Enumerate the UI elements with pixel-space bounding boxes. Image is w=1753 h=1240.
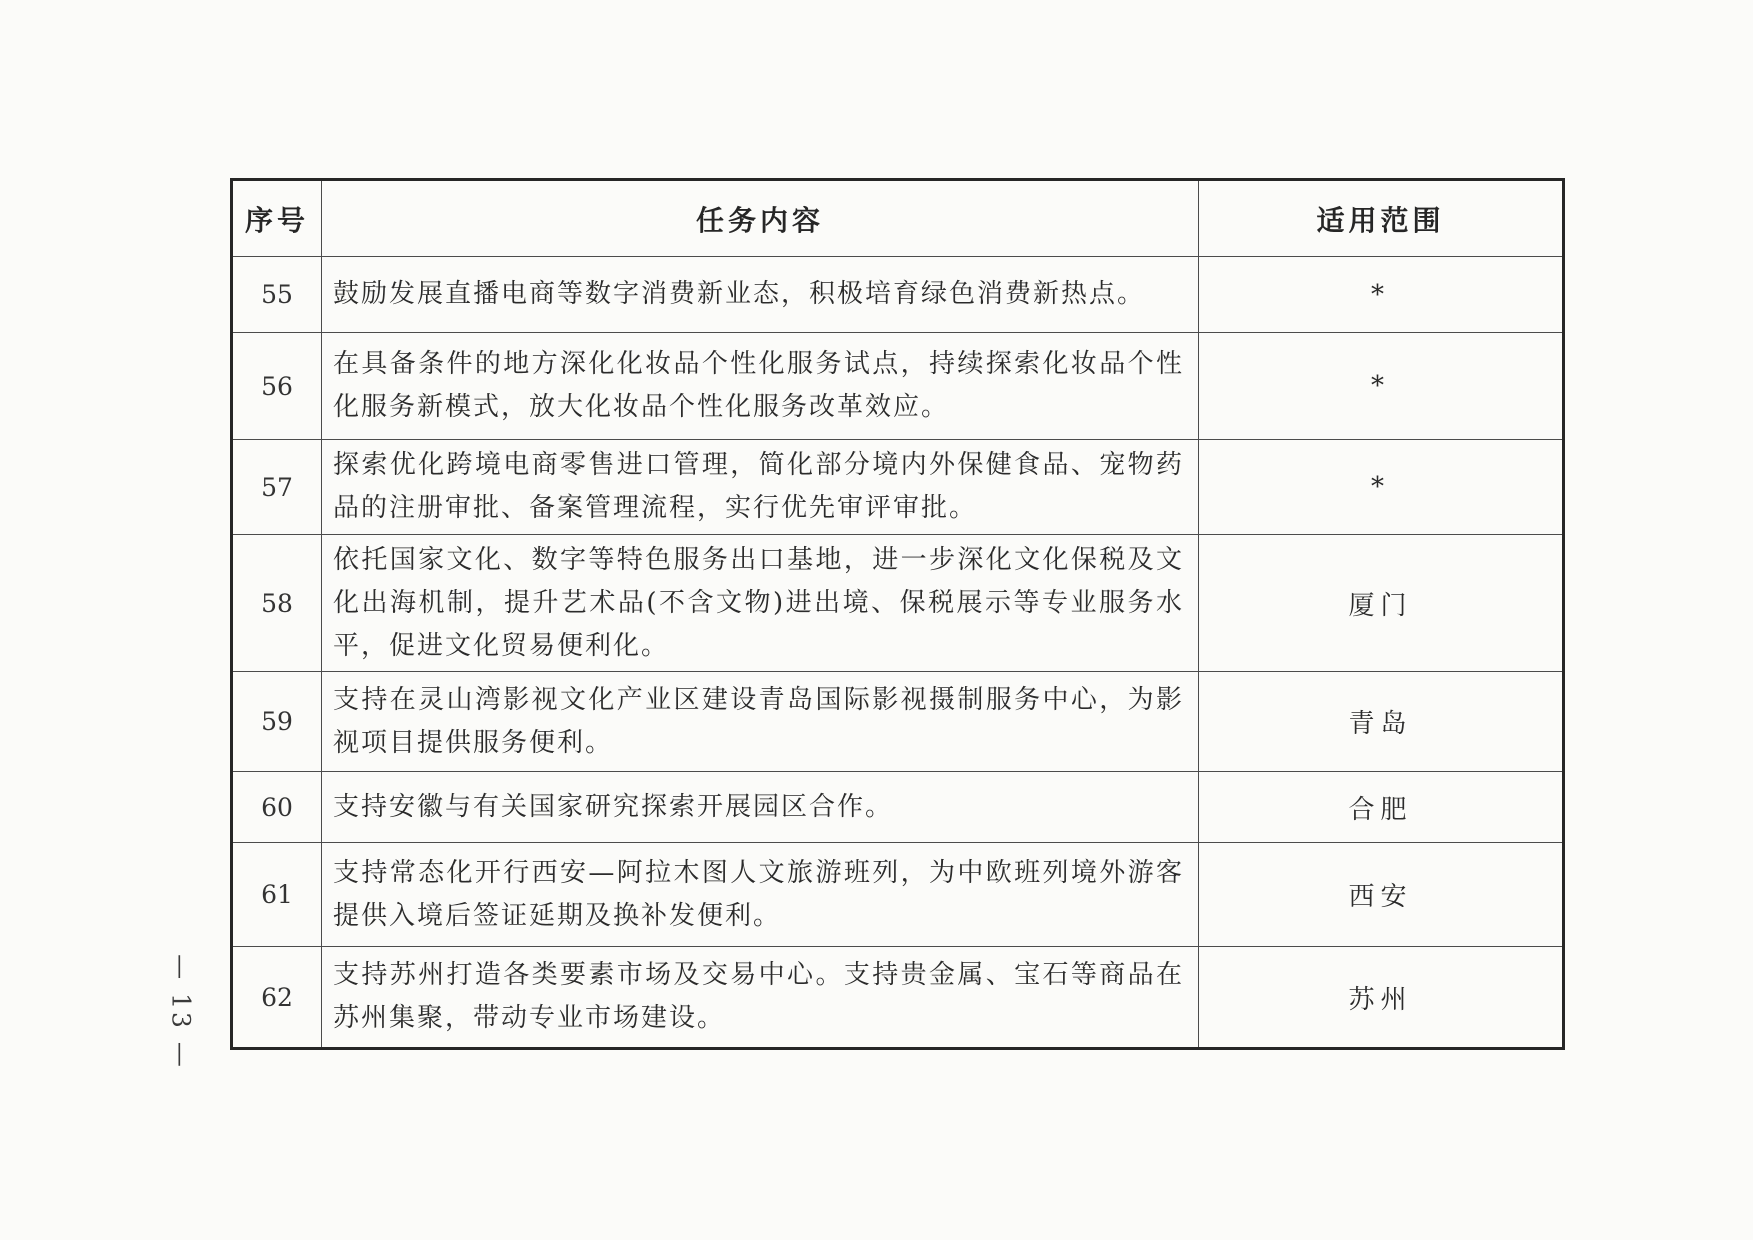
row-scope: * (1199, 333, 1564, 440)
header-index: 序号 (232, 180, 322, 257)
table-row: 57 探索优化跨境电商零售进口管理，简化部分境内外保健食品、宠物药品的注册审批、… (232, 440, 1564, 535)
row-scope: * (1199, 257, 1564, 333)
header-scope: 适用范围 (1199, 180, 1564, 257)
table-row: 56 在具备条件的地方深化化妆品个性化服务试点，持续探索化妆品个性化服务新模式，… (232, 333, 1564, 440)
row-index: 61 (232, 843, 322, 947)
row-index: 55 (232, 257, 322, 333)
row-index: 62 (232, 947, 322, 1049)
row-task-content: 探索优化跨境电商零售进口管理，简化部分境内外保健食品、宠物药品的注册审批、备案管… (322, 440, 1199, 535)
row-scope: * (1199, 440, 1564, 535)
page-number: — 13 — (167, 954, 196, 1070)
row-scope: 西安 (1199, 843, 1564, 947)
row-scope: 厦门 (1199, 535, 1564, 672)
row-scope: 合肥 (1199, 772, 1564, 843)
task-table: 序号 任务内容 适用范围 55 鼓励发展直播电商等数字消费新业态，积极培育绿色消… (230, 178, 1565, 1050)
row-task-content: 支持在灵山湾影视文化产业区建设青岛国际影视摄制服务中心，为影视项目提供服务便利。 (322, 672, 1199, 772)
row-task-content: 在具备条件的地方深化化妆品个性化服务试点，持续探索化妆品个性化服务新模式，放大化… (322, 333, 1199, 440)
document-sheet: — 13 — 序号 任务内容 适用范围 55 鼓励发展直播电商等数字消费新业态，… (0, 0, 1753, 1240)
row-task-content: 鼓励发展直播电商等数字消费新业态，积极培育绿色消费新热点。 (322, 257, 1199, 333)
table-header-row: 序号 任务内容 适用范围 (232, 180, 1564, 257)
table-row: 60 支持安徽与有关国家研究探索开展园区合作。 合肥 (232, 772, 1564, 843)
table-row: 58 依托国家文化、数字等特色服务出口基地，进一步深化文化保税及文化出海机制，提… (232, 535, 1564, 672)
scanned-document-page: { "page": { "page_number": "— 13 —" }, "… (0, 0, 1753, 1240)
row-task-content: 支持常态化开行西安—阿拉木图人文旅游班列，为中欧班列境外游客提供入境后签证延期及… (322, 843, 1199, 947)
table-row: 62 支持苏州打造各类要素市场及交易中心。支持贵金属、宝石等商品在苏州集聚，带动… (232, 947, 1564, 1049)
row-task-content: 依托国家文化、数字等特色服务出口基地，进一步深化文化保税及文化出海机制，提升艺术… (322, 535, 1199, 672)
table-row: 59 支持在灵山湾影视文化产业区建设青岛国际影视摄制服务中心，为影视项目提供服务… (232, 672, 1564, 772)
table-row: 61 支持常态化开行西安—阿拉木图人文旅游班列，为中欧班列境外游客提供入境后签证… (232, 843, 1564, 947)
table-row: 55 鼓励发展直播电商等数字消费新业态，积极培育绿色消费新热点。 * (232, 257, 1564, 333)
row-task-content: 支持安徽与有关国家研究探索开展园区合作。 (322, 772, 1199, 843)
row-index: 60 (232, 772, 322, 843)
row-index: 59 (232, 672, 322, 772)
row-task-content: 支持苏州打造各类要素市场及交易中心。支持贵金属、宝石等商品在苏州集聚，带动专业市… (322, 947, 1199, 1049)
row-index: 57 (232, 440, 322, 535)
row-scope: 苏州 (1199, 947, 1564, 1049)
row-scope: 青岛 (1199, 672, 1564, 772)
header-content: 任务内容 (322, 180, 1199, 257)
row-index: 58 (232, 535, 322, 672)
row-index: 56 (232, 333, 322, 440)
